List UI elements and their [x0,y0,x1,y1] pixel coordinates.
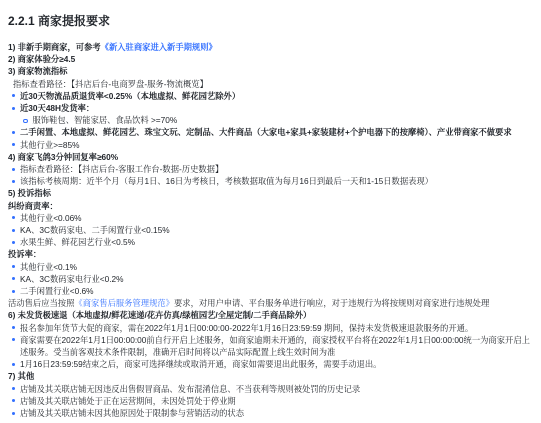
bullet-icon [12,265,15,268]
line-text: 1月16日23:59:59结束之后，商家可选择继续或取消开通，商家如需要退出此服… [20,358,531,370]
bullet-item: 商家需要在2022年1月1日00:00:00前自行开启上述服务，如商家逾期未开通… [8,334,531,358]
text-segment: 6) 未发货极速退（本地虚拟/鲜花速递/花卉仿真/绿植园艺/全屋定制/二手商品除… [8,310,311,320]
line-text: 7) 其他 [8,370,531,382]
content-list: 1) 非新手期商家，可参考《新入驻商家进入新手期规则》2) 商家体验分≥4.53… [8,41,531,419]
text-segment: 投诉率： [8,249,41,259]
bullet-item: 其他行业<0.1% [8,261,531,273]
bullet-item: 指标查看路径：【抖店后台-客服工作台-数据-历史数据】 [8,163,531,175]
bullet-item: 报名参加年货节大促的商家，需在2022年1月1日00:00:00-2022年1月… [8,322,531,334]
bullet-icon [12,94,15,97]
bullet-icon [12,241,15,244]
bullet-item: 店铺及其关联店铺无因违反出售假冒商品、发布混淆信息、不当获利等规则被处罚的历史记… [8,383,531,395]
line-text: 其他行业<0.1% [20,261,531,273]
text-segment: 7) 其他 [8,371,34,381]
text-segment: 1月16日23:59:59结束之后，商家可选择继续或取消开通，商家如需要退出此服… [20,359,381,369]
numbered-item: 7) 其他 [8,370,531,382]
text-segment: 1) 非新手期商家，可参考 [8,42,101,52]
line-text: 该指标考核周期：近半个月（每月1日、16日为考核日，考核数据取值为每月16日到最… [20,175,531,187]
bullet-icon [12,107,15,110]
numbered-item: 3) 商家物流指标 [8,65,531,77]
line-text: 其他行业<0.06% [20,212,531,224]
line-text: 2) 商家体验分≥4.5 [8,53,531,65]
text-segment: 服饰鞋包、智能家居、食品饮料 >=70% [33,115,178,125]
line-text: 店铺及其关联店铺无因违反出售假冒商品、发布混淆信息、不当获利等规则被处罚的历史记… [20,383,531,395]
text-segment: 近30天物流品质退货率<0.25%（本地虚拟、鲜花园艺除外） [20,91,240,101]
text-segment: 5) 投诉指标 [8,188,51,198]
line-text: 近30天物流品质退货率<0.25%（本地虚拟、鲜花园艺除外） [20,90,531,102]
sub-bullet-item: 服饰鞋包、智能家居、食品饮料 >=70% [8,114,531,126]
line-text: 二手闲置、本地虚拟、鲜花园艺、珠宝文玩、定制品、大件商品（大家电+家具+家装建材… [20,126,531,138]
bullet-item: 店铺及其关联店铺处于正在运营期间，未因处罚处于停业期 [8,395,531,407]
bullet-icon [12,229,15,232]
bullet-item: 二手闲置、本地虚拟、鲜花园艺、珠宝文玩、定制品、大件商品（大家电+家具+家装建材… [8,126,531,138]
line-text: 水果生鲜、鲜花园艺行业<0.5% [20,236,531,248]
bullet-item: 其他行业>=85% [8,139,531,151]
line-text: 商家需要在2022年1月1日00:00:00前自行开启上述服务，如商家逾期未开通… [20,334,531,358]
line-text: 服饰鞋包、智能家居、食品饮料 >=70% [33,114,532,126]
inline-link[interactable]: 《新入驻商家进入新手期规则》 [101,42,217,52]
line-text: 活动售后应当按照《商家售后服务管理规范》要求，对用户申请、平台服务单进行响应，对… [8,297,531,309]
numbered-item: 6) 未发货极速退（本地虚拟/鲜花速递/花卉仿真/绿植园艺/全屋定制/二手商品除… [8,309,531,321]
text-segment: 报名参加年货节大促的商家，需在2022年1月1日00:00:00-2022年1月… [20,323,473,333]
text-segment: 其他行业<0.1% [20,262,77,272]
numbered-item: 2) 商家体验分≥4.5 [8,53,531,65]
text-line: 投诉率： [8,248,531,260]
bullet-item: 1月16日23:59:59结束之后，商家可选择继续或取消开通，商家如需要退出此服… [8,358,531,370]
document-body: 2.2.1 商家提报要求 1) 非新手期商家，可参考《新入驻商家进入新手期规则》… [0,0,541,419]
bullet-item: 水果生鲜、鲜花园艺行业<0.5% [8,236,531,248]
line-text: 其他行业>=85% [20,139,531,151]
bullet-icon [12,168,15,171]
numbered-item: 4) 商家飞鸽3分钟回复率≥60% [8,151,531,163]
text-segment: 纠纷商责率： [8,201,58,211]
line-text: 3) 商家物流指标 [8,65,531,77]
bullet-item: 该指标考核周期：近半个月（每月1日、16日为考核日，考核数据取值为每月16日到最… [8,175,531,187]
line-text: 报名参加年货节大促的商家，需在2022年1月1日00:00:00-2022年1月… [20,322,531,334]
line-text: 纠纷商责率： [8,200,531,212]
text-segment: KA、3C数码家电行业<0.2% [20,274,124,284]
bullet-icon [12,363,15,366]
bullet-icon [12,180,15,183]
text-segment: 其他行业<0.06% [20,213,82,223]
text-segment: 活动售后应当按照 [8,298,74,308]
line-text: 店铺及其关联店铺处于正在运营期间，未因处罚处于停业期 [20,395,531,407]
text-line: 活动售后应当按照《商家售后服务管理规范》要求，对用户申请、平台服务单进行响应，对… [8,297,531,309]
bullet-icon [12,277,15,280]
line-text: 二手闲置行业<0.6% [20,285,531,297]
text-segment: 要求，对用户申请、平台服务单进行响应，对于违规行为将按规则对商家进行违规处理 [174,298,489,308]
line-text: 指标查看路径：【抖店后台-客服工作台-数据-历史数据】 [20,163,531,175]
bullet-item: 其他行业<0.06% [8,212,531,224]
bullet-item: KA、3C数码家电行业<0.2% [8,273,531,285]
numbered-item: 5) 投诉指标 [8,187,531,199]
line-text: KA、3C数码家电行业<0.2% [20,273,531,285]
bullet-item: 近30天物流品质退货率<0.25%（本地虚拟、鲜花园艺除外） [8,90,531,102]
hollow-bullet-icon [23,119,28,124]
bullet-icon [12,387,15,390]
line-text: 近30天48H发货率： [20,102,531,114]
bullet-icon [12,412,15,415]
bullet-icon [12,326,15,329]
inline-link[interactable]: 《商家售后服务管理规范》 [74,298,174,308]
text-line: 指标查看路径：【抖店后台-电商罗盘-服务-物流概览】 [8,78,531,90]
text-segment: 3) 商家物流指标 [8,66,67,76]
text-segment: 二手闲置、本地虚拟、鲜花园艺、珠宝文玩、定制品、大件商品（大家电+家具+家装建材… [20,127,512,137]
line-text: 店铺及其关联店铺未因其他原因处于限制参与营销活动的状态 [20,407,531,419]
line-text: 4) 商家飞鸽3分钟回复率≥60% [8,151,531,163]
text-segment: 指标查看路径：【抖店后台-电商罗盘-服务-物流概览】 [13,79,208,89]
text-segment: 商家需要在2022年1月1日00:00:00前自行开启上述服务，如商家逾期未开通… [20,335,530,357]
line-text: 6) 未发货极速退（本地虚拟/鲜花速递/花卉仿真/绿植园艺/全屋定制/二手商品除… [8,309,531,321]
text-segment: 店铺及其关联店铺未因其他原因处于限制参与营销活动的状态 [20,408,244,418]
bullet-item: KA、3C数码家电、二手闲置行业<0.15% [8,224,531,236]
text-segment: 该指标考核周期：近半个月（每月1日、16日为考核日，考核数据取值为每月16日到最… [20,176,433,186]
page-title: 2.2.1 商家提报要求 [8,12,531,29]
bullet-item: 近30天48H发货率： [8,102,531,114]
bullet-item: 店铺及其关联店铺未因其他原因处于限制参与营销活动的状态 [8,407,531,419]
numbered-item: 1) 非新手期商家，可参考《新入驻商家进入新手期规则》 [8,41,531,53]
bullet-icon [12,131,15,134]
bullet-icon [12,399,15,402]
text-segment: 4) 商家飞鸽3分钟回复率≥60% [8,152,118,162]
text-segment: 店铺及其关联店铺无因违反出售假冒商品、发布混淆信息、不当获利等规则被处罚的历史记… [20,384,360,394]
bullet-icon [12,290,15,293]
bullet-icon [12,143,15,146]
bullet-icon [12,338,15,341]
line-text: KA、3C数码家电、二手闲置行业<0.15% [20,224,531,236]
bullet-icon [12,216,15,219]
text-segment: KA、3C数码家电、二手闲置行业<0.15% [20,225,170,235]
text-segment: 其他行业>=85% [20,140,79,150]
text-segment: 二手闲置行业<0.6% [20,286,94,296]
text-line: 纠纷商责率： [8,200,531,212]
text-segment: 店铺及其关联店铺处于正在运营期间，未因处罚处于停业期 [20,396,236,406]
line-text: 投诉率： [8,248,531,260]
line-text: 指标查看路径：【抖店后台-电商罗盘-服务-物流概览】 [8,78,531,90]
text-segment: 近30天48H发货率： [20,103,94,113]
text-segment: 指标查看路径：【抖店后台-客服工作台-数据-历史数据】 [20,164,223,174]
text-segment: 水果生鲜、鲜花园艺行业<0.5% [20,237,135,247]
text-segment: 2) 商家体验分≥4.5 [8,54,75,64]
bullet-item: 二手闲置行业<0.6% [8,285,531,297]
line-text: 5) 投诉指标 [8,187,531,199]
line-text: 1) 非新手期商家，可参考《新入驻商家进入新手期规则》 [8,41,531,53]
